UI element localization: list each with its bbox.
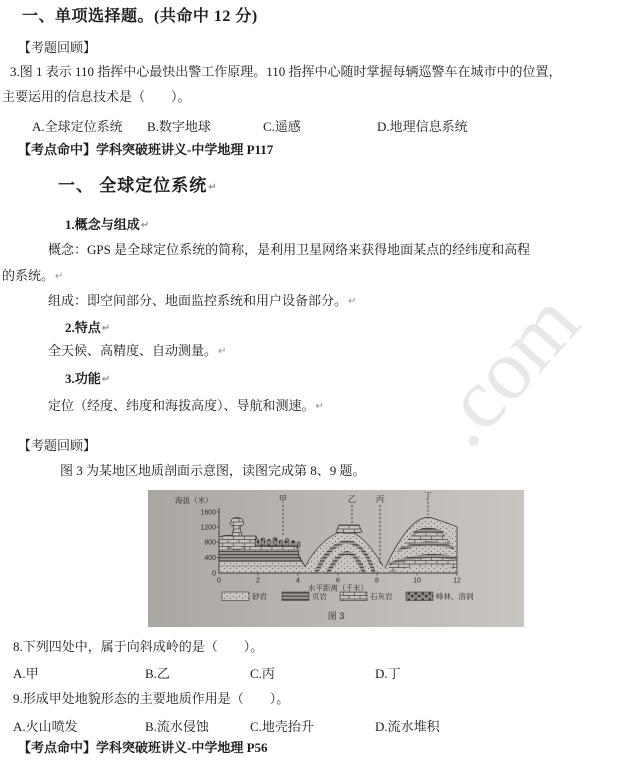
document-page: .com 一、单项选择题。(共命中 12 分) 【考题回顾】 3.图 1 表示 … — [0, 0, 636, 768]
y-tick-800: 800 — [204, 540, 216, 547]
legend-label-karst: 峰林、溶洞 — [436, 591, 474, 601]
q8-stem: 8.下列四处中，属于向斜成岭的是（ ）。 — [13, 638, 263, 655]
q9-stem: 9.形成甲处地貌形态的主要地质作用是（ ）。 — [13, 690, 289, 707]
y-tick-400: 400 — [204, 555, 216, 562]
marker-bing: 丙 — [376, 494, 385, 504]
q3-stem-line1: 3.图 1 表示 110 指挥中心最快出警工作原理。110 指挥中心随时掌握每辆… — [10, 63, 562, 80]
marker-jia: 甲 — [279, 494, 288, 504]
legend-swatch-shale — [282, 592, 309, 601]
gps-concept-line2: 的系统。↵ — [2, 267, 63, 285]
paragraph-mark: ↵ — [208, 182, 217, 193]
legend-label-limestone: 石灰岩 — [370, 591, 393, 601]
legend-label-sandstone: 砂岩 — [252, 591, 267, 601]
q9-option-b: B.流水侵蚀 — [145, 716, 209, 735]
figure-y-axis-label: 海拔（米） — [175, 495, 213, 505]
recall-header-1: 【考题回顾】 — [18, 39, 96, 56]
q3-stem-line2: 主要运用的信息技术是（ ）。 — [2, 88, 191, 105]
hit-note-2: 【考点命中】学科突破班讲义-中学地理 P56 — [18, 739, 268, 756]
paragraph-mark: ↵ — [316, 401, 324, 412]
gps-feature: 全天候、高精度、自动测量。↵ — [48, 342, 226, 360]
paragraph-mark: ↵ — [55, 271, 63, 282]
gps-heading: 一、 全球定位系统↵ — [58, 177, 218, 196]
q8-option-a: A.甲 — [13, 663, 39, 682]
q8-option-d: D.丁 — [375, 663, 401, 682]
figure-x-axis-label: 水平距离（千米） — [308, 583, 368, 593]
paragraph-mark: ↵ — [348, 296, 356, 307]
y-tick-0: 0 — [212, 571, 216, 578]
y-tick-1600: 1600 — [200, 510, 216, 517]
x-tick-2: 2 — [256, 578, 260, 585]
recall-header-2: 【考题回顾】 — [18, 437, 96, 454]
q3-option-c: C.遥感 — [263, 116, 301, 135]
gps-heading-text: 一、 全球定位系统 — [58, 176, 207, 195]
x-tick-0: 0 — [217, 578, 221, 585]
gps-function: 定位（经度、纬度和海拔高度）、导航和测速。↵ — [48, 397, 324, 415]
q3-option-d: D.地理信息系统 — [377, 116, 468, 135]
q8-option-b: B.乙 — [145, 663, 170, 682]
x-tick-10: 10 — [413, 578, 421, 585]
marker-yi: 乙 — [348, 494, 357, 504]
q9-option-a: A.火山喷发 — [13, 716, 78, 735]
figure-intro: 图 3 为某地区地质剖面示意图，读图完成第 8、9 题。 — [60, 462, 366, 479]
x-tick-4: 4 — [296, 578, 300, 585]
gps-function-text: 定位（经度、纬度和海拔高度）、导航和测速。 — [48, 398, 315, 413]
gps-sub3-text: 3.功能 — [65, 371, 101, 386]
gps-compose-text: 组成：即空间部分、地面监控系统和用户设备部分。 — [48, 293, 347, 308]
gps-feature-text: 全天候、高精度、自动测量。 — [48, 343, 217, 358]
q9-option-d: D.流水堆积 — [375, 716, 440, 735]
marker-ding: 丁 — [424, 491, 433, 501]
x-tick-12: 12 — [453, 578, 461, 585]
q8-option-c: C.丙 — [250, 663, 275, 682]
gps-concept-line2-text: 的系统。 — [2, 268, 54, 283]
paragraph-mark: ↵ — [102, 323, 110, 334]
geological-cross-section-svg: 海拔（米） 1600 1200 800 400 0 0 2 4 6 8 10 1… — [148, 490, 524, 627]
q9-option-c: C.地壳抬升 — [250, 716, 314, 735]
gps-concept-line1: 概念：GPS 是全球定位系统的简称，是利用卫星网络来获得地面某点的经纬度和高程 — [48, 241, 530, 258]
gps-sub1: 1.概念与组成↵ — [65, 216, 149, 234]
x-tick-8: 8 — [375, 578, 379, 585]
section-title: 一、单项选择题。(共命中 12 分) — [22, 8, 258, 25]
legend-swatch-karst — [406, 592, 433, 601]
geological-figure: 海拔（米） 1600 1200 800 400 0 0 2 4 6 8 10 1… — [148, 490, 524, 627]
gps-sub2: 2.特点↵ — [65, 319, 110, 337]
q3-option-b: B.数字地球 — [147, 116, 211, 135]
legend-swatch-sandstone — [222, 592, 249, 601]
legend-swatch-limestone — [340, 592, 367, 601]
figure-caption: 图 3 — [328, 611, 345, 621]
gps-sub2-text: 2.特点 — [65, 320, 101, 335]
y-tick-1200: 1200 — [200, 525, 216, 532]
hit-note-1: 【考点命中】学科突破班讲义-中学地理 P117 — [18, 141, 273, 158]
anticline-cap — [336, 525, 362, 533]
gps-sub1-text: 1.概念与组成 — [65, 217, 140, 232]
gps-compose: 组成：即空间部分、地面监控系统和用户设备部分。↵ — [48, 292, 356, 310]
legend-label-shale: 页岩 — [312, 591, 327, 601]
gps-sub3: 3.功能↵ — [65, 370, 110, 388]
figure-legend: 砂岩 页岩 石灰岩 峰林、溶洞 — [222, 591, 474, 601]
paragraph-mark: ↵ — [141, 220, 149, 231]
paragraph-mark: ↵ — [218, 346, 226, 357]
q3-option-a: A.全球定位系统 — [32, 116, 123, 135]
paragraph-mark: ↵ — [102, 374, 110, 385]
watermark-text: .com — [411, 273, 599, 466]
